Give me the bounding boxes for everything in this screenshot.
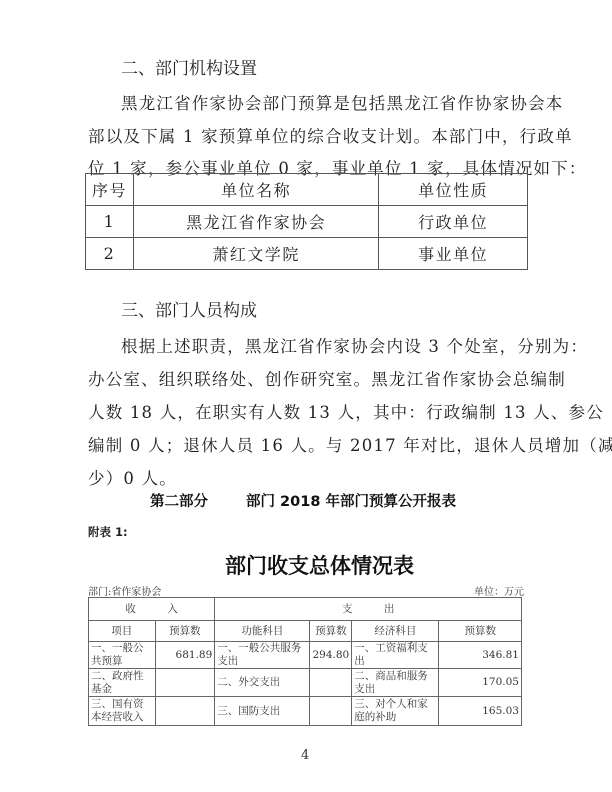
unit-label: 单位：万元 xyxy=(474,583,524,598)
section-heading-staffing: 三、部门人员构成 xyxy=(121,296,257,321)
paragraph-line: 少）0 人。 xyxy=(88,465,177,489)
economic-amount: 170.05 xyxy=(439,669,522,697)
table-row: 2 萧红文学院 事业单位 xyxy=(86,238,528,270)
cell-index: 2 xyxy=(86,238,134,270)
page-number: 4 xyxy=(301,748,309,763)
column-header-row: 项目 预算数 功能科目 预算数 经济科目 预算数 xyxy=(89,621,522,642)
table-header-row: 序号 单位名称 单位性质 xyxy=(86,174,528,206)
table-row: 1 黑龙江省作家协会 行政单位 xyxy=(86,206,528,238)
header-cell: 预算数 xyxy=(310,621,352,642)
income-item: 三、国有资本经营收入 xyxy=(89,697,156,726)
table-row: 一、一般公共预算 681.89 一、一般公共服务支出 294.80 一、工资福利… xyxy=(89,642,522,669)
part-title-label: 第二部分 xyxy=(150,490,208,511)
income-item: 二、政府性基金 xyxy=(89,669,156,697)
paragraph-line: 人数 18 人，在职实有人数 13 人，其中：行政编制 13 人、参公 xyxy=(88,399,604,423)
table-row: 二、政府性基金 二、外交支出 二、商品和服务支出 170.05 xyxy=(89,669,522,697)
department-label: 部门:省作家协会 xyxy=(88,583,161,598)
economic-item: 三、对个人和家庭的补助 xyxy=(352,697,439,726)
table-row: 三、国有资本经营收入 三、国防支出 三、对个人和家庭的补助 165.03 xyxy=(89,697,522,726)
header-cell: 预算数 xyxy=(155,621,215,642)
income-amount xyxy=(155,669,215,697)
economic-amount: 346.81 xyxy=(439,642,522,669)
functional-amount: 294.80 xyxy=(310,642,352,669)
economic-item: 一、工资福利支出 xyxy=(352,642,439,669)
part-title: 部门 2018 年部门预算公开报表 xyxy=(246,490,456,511)
units-table: 序号 单位名称 单位性质 1 黑龙江省作家协会 行政单位 2 萧红文学院 事业单… xyxy=(85,173,528,270)
economic-item: 二、商品和服务支出 xyxy=(352,669,439,697)
group-header-row: 收 入 支 出 xyxy=(89,598,522,621)
economic-amount: 165.03 xyxy=(439,697,522,726)
cell-unit-name: 萧红文学院 xyxy=(133,238,378,270)
functional-item: 一、一般公共服务支出 xyxy=(215,642,310,669)
header-cell: 序号 xyxy=(86,174,134,206)
functional-item: 三、国防支出 xyxy=(215,697,310,726)
functional-item: 二、外交支出 xyxy=(215,669,310,697)
paragraph-line: 黑龙江省作家协会部门预算是包括黑龙江省作协家协会本 xyxy=(121,90,564,114)
table-title: 部门收支总体情况表 xyxy=(225,550,414,580)
section-heading-org-setup: 二、部门机构设置 xyxy=(121,54,257,79)
functional-amount xyxy=(310,697,352,726)
income-group-header: 收 入 xyxy=(89,598,215,621)
header-cell: 单位性质 xyxy=(379,174,528,206)
paragraph-line: 根据上述职责，黑龙江省作家协会内设 3 个处室，分别为： xyxy=(121,333,588,357)
cell-unit-type: 事业单位 xyxy=(379,238,528,270)
header-cell: 预算数 xyxy=(439,621,522,642)
income-item: 一、一般公共预算 xyxy=(89,642,156,669)
paragraph-line: 办公室、组织联络处、创作研究室。黑龙江省作家协会总编制 xyxy=(88,366,566,390)
header-cell: 经济科目 xyxy=(352,621,439,642)
cell-index: 1 xyxy=(86,206,134,238)
header-cell: 功能科目 xyxy=(215,621,310,642)
appendix-label: 附表 1: xyxy=(88,524,128,540)
functional-amount xyxy=(310,669,352,697)
budget-summary-table: 收 入 支 出 项目 预算数 功能科目 预算数 经济科目 预算数 一、一般公共预… xyxy=(88,597,522,726)
cell-unit-name: 黑龙江省作家协会 xyxy=(133,206,378,238)
expense-group-header: 支 出 xyxy=(215,598,522,621)
income-amount: 681.89 xyxy=(155,642,215,669)
paragraph-line: 编制 0 人；退休人员 16 人。与 2017 年对比，退休人员增加（减 xyxy=(88,432,612,456)
header-cell: 项目 xyxy=(89,621,156,642)
header-cell: 单位名称 xyxy=(133,174,378,206)
paragraph-line: 部以及下属 1 家预算单位的综合收支计划。本部门中，行政单 xyxy=(88,123,573,147)
cell-unit-type: 行政单位 xyxy=(379,206,528,238)
income-amount xyxy=(155,697,215,726)
